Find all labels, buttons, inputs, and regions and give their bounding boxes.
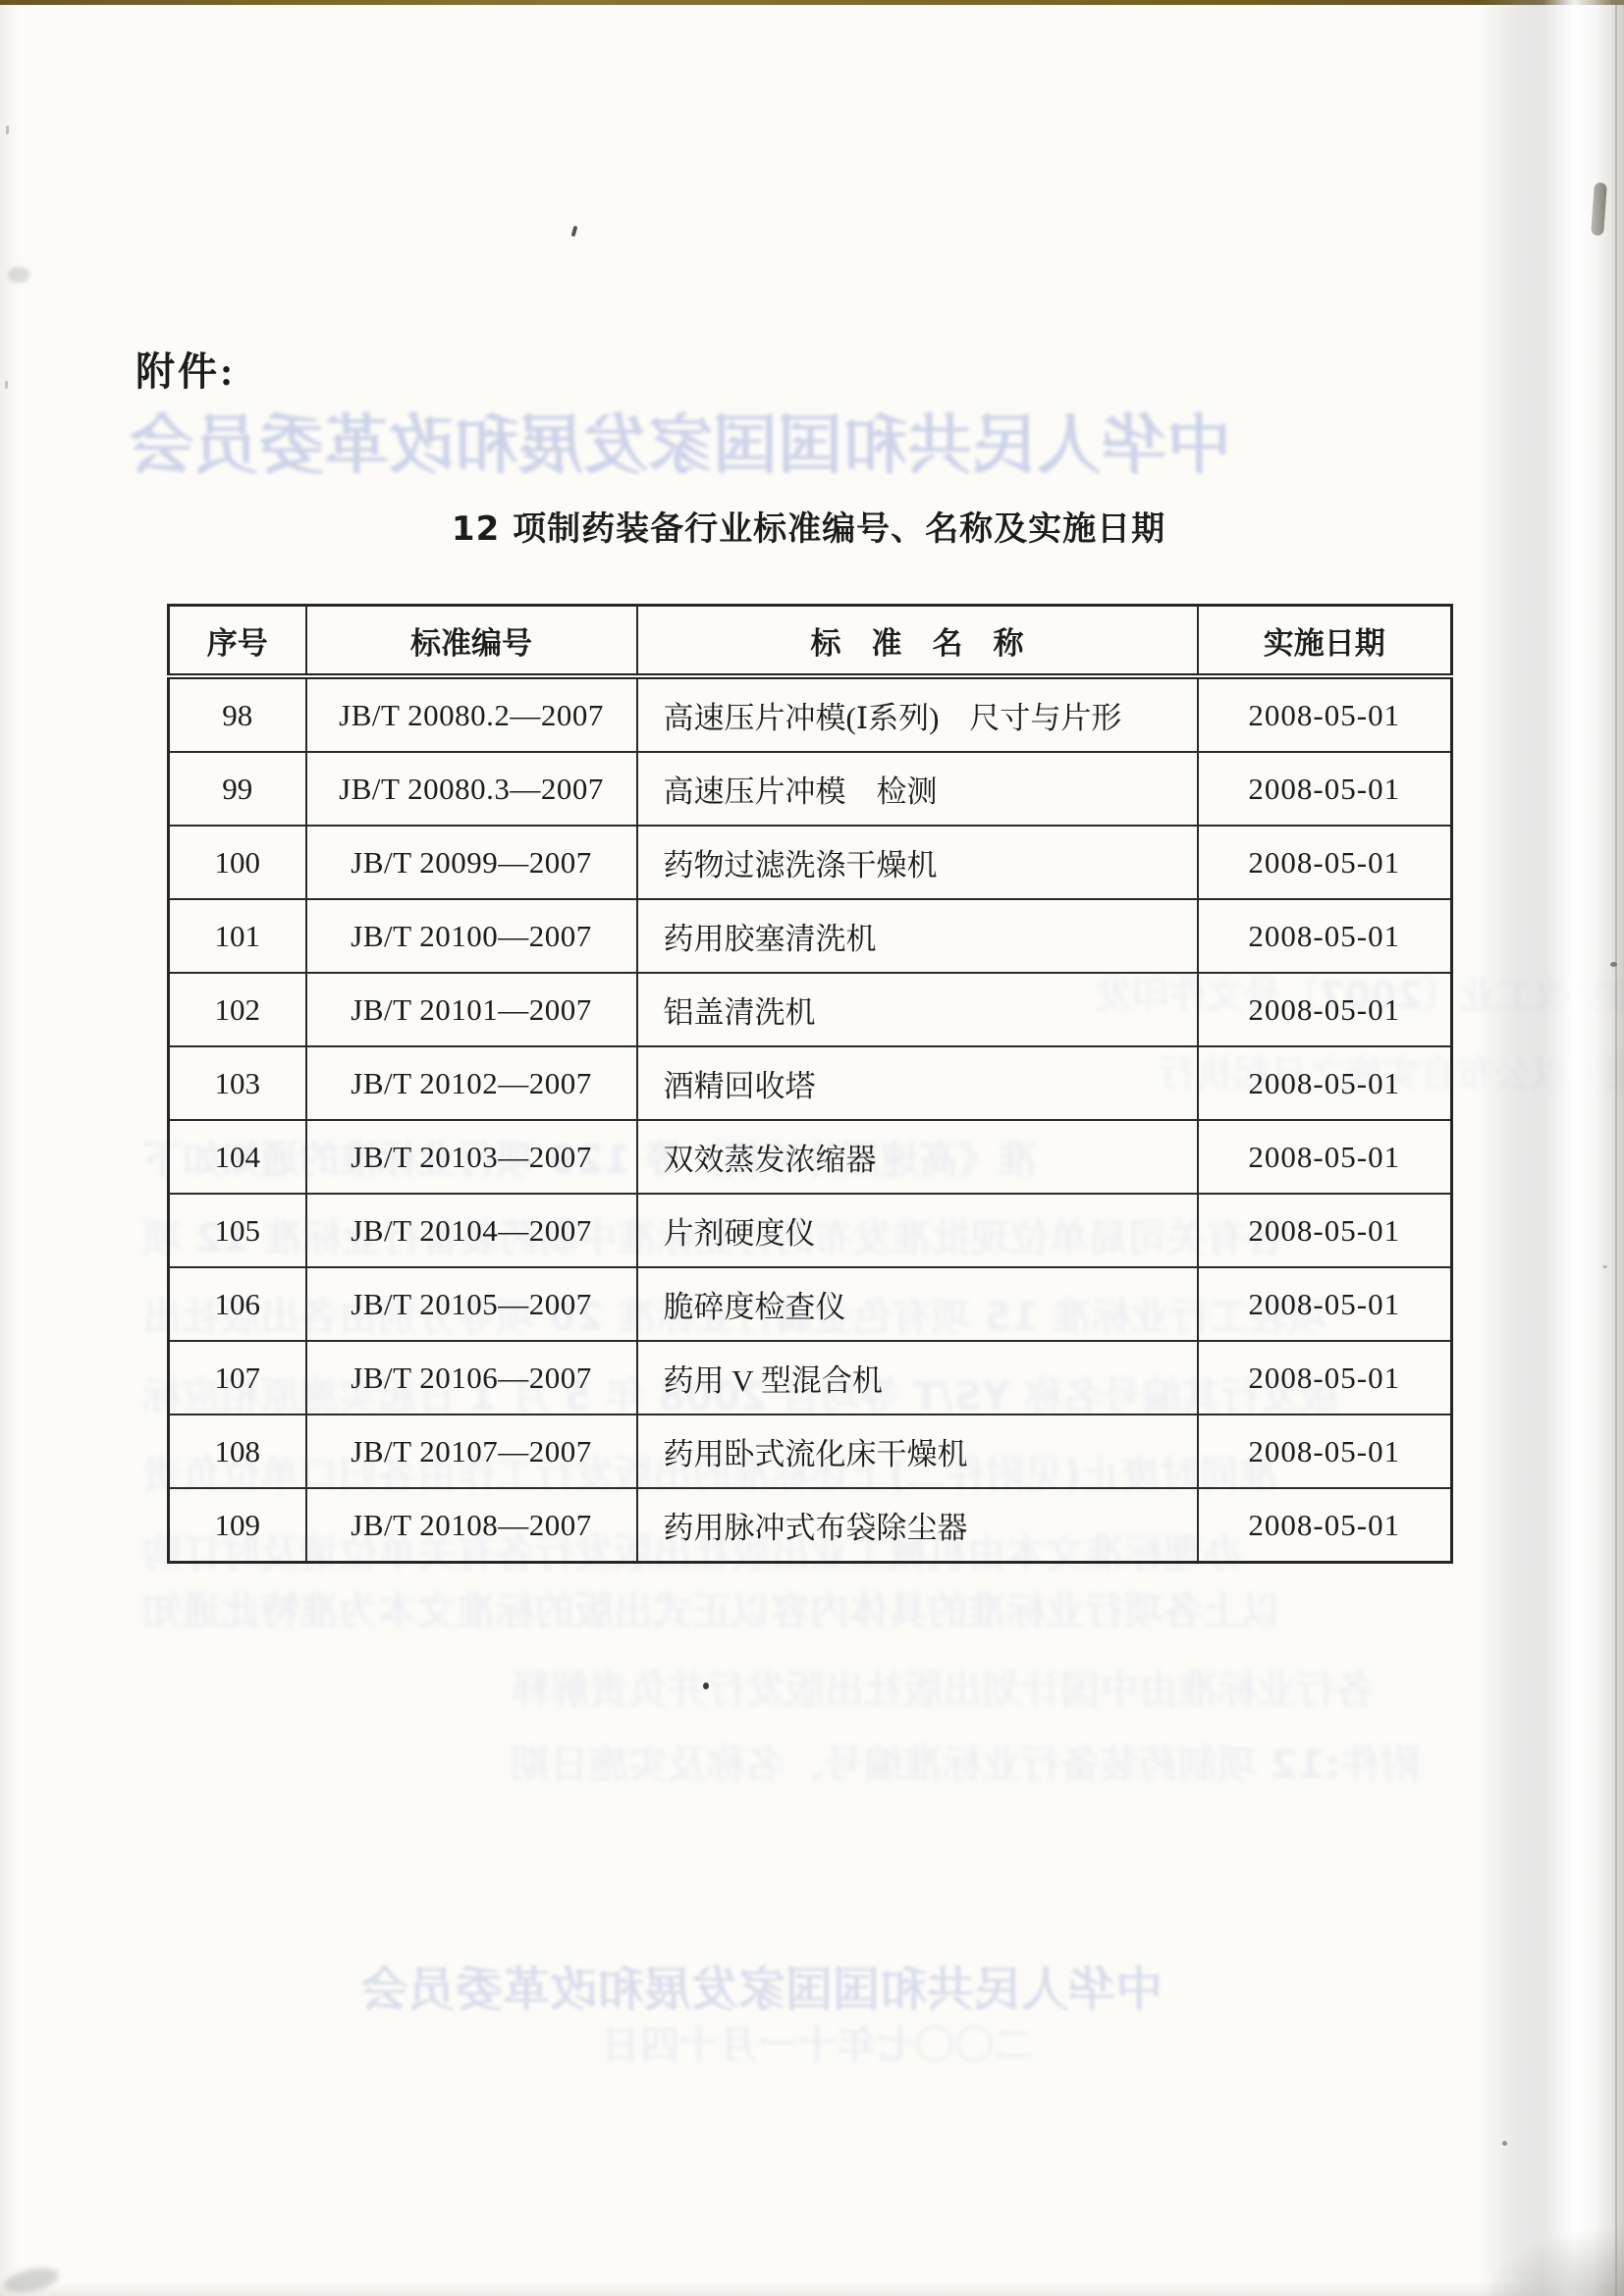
cell-code: JB/T 20108—2007: [306, 1488, 637, 1563]
scan-speck: [1502, 2141, 1507, 2146]
cell-name: 脆碎度检查仪: [637, 1267, 1198, 1341]
cell-code: JB/T 20102—2007: [306, 1046, 637, 1120]
standards-table-body: 98JB/T 20080.2—2007高速压片冲模(Ⅰ系列) 尺寸与片形2008…: [169, 676, 1452, 1563]
cell-no: 101: [169, 899, 306, 973]
scan-speck: [6, 126, 9, 134]
cell-no: 103: [169, 1046, 306, 1120]
cell-no: 102: [169, 973, 306, 1046]
cell-no: 99: [169, 752, 306, 826]
pencil-smudge: [2, 2264, 60, 2296]
bleedthrough-text-line: 各行业标准由中国计划出版社出版发行并负责解释: [511, 1659, 1375, 1715]
cell-name: 双效蒸发浓缩器: [637, 1120, 1198, 1194]
cell-date: 2008-05-01: [1198, 1120, 1452, 1194]
table-row: 105JB/T 20104—2007片剂硬度仪2008-05-01: [169, 1194, 1452, 1267]
scan-speck: [5, 381, 8, 389]
page-title: 12 项制药装备行业标准编号、名称及实施日期: [167, 502, 1450, 550]
standards-table: 序号 标准编号 标 准 名 称 实施日期 98JB/T 20080.2—2007…: [167, 604, 1453, 1564]
scan-speck: [571, 226, 578, 238]
page-curl-shading: [1477, 0, 1624, 2296]
scanned-page: 中华人民共和国国家发展和改革委员会 业标准的通知发改工业〔2007〕号文件印发备…: [0, 0, 1624, 2296]
attachment-label: 附件:: [135, 341, 236, 397]
bleedthrough-text-line: 附件:12 项制药装备行业标准编号、名称及实施日期: [511, 1734, 1420, 1789]
scan-speck: [1602, 1265, 1607, 1268]
col-header-date: 实施日期: [1198, 606, 1452, 677]
cell-no: 104: [169, 1120, 306, 1194]
corner-shadow: [1487, 2227, 1624, 2296]
cell-no: 107: [169, 1341, 306, 1415]
cell-date: 2008-05-01: [1198, 1267, 1452, 1341]
table-row: 102JB/T 20101—2007铝盖清洗机2008-05-01: [169, 973, 1452, 1046]
cell-code: JB/T 20106—2007: [306, 1341, 637, 1415]
cell-date: 2008-05-01: [1198, 1194, 1452, 1267]
cell-name: 高速压片冲模 检测: [637, 752, 1198, 826]
bleedthrough-text-line: 以上各项行业标准的具体内容以正式出版的标准文本为准特此通知: [142, 1580, 1281, 1636]
cell-date: 2008-05-01: [1198, 973, 1452, 1046]
table-header-row: 序号 标准编号 标 准 名 称 实施日期: [169, 606, 1452, 677]
table-row: 109JB/T 20108—2007药用脉冲式布袋除尘器2008-05-01: [169, 1488, 1452, 1563]
table-row: 108JB/T 20107—2007药用卧式流化床干燥机2008-05-01: [169, 1415, 1452, 1488]
cell-date: 2008-05-01: [1198, 899, 1452, 973]
table-row: 106JB/T 20105—2007脆碎度检查仪2008-05-01: [169, 1267, 1452, 1341]
cell-date: 2008-05-01: [1198, 1488, 1452, 1563]
cell-code: JB/T 20104—2007: [306, 1194, 637, 1267]
cell-date: 2008-05-01: [1198, 676, 1452, 752]
cell-code: JB/T 20103—2007: [306, 1120, 637, 1194]
cell-date: 2008-05-01: [1198, 1341, 1452, 1415]
cell-name: 药用卧式流化床干燥机: [637, 1415, 1198, 1488]
bleedthrough-masthead-bottom: 中华人民共和国国家发展和改革委员会: [361, 1951, 1163, 2019]
table-row: 98JB/T 20080.2—2007高速压片冲模(Ⅰ系列) 尺寸与片形2008…: [169, 676, 1452, 752]
table-row: 104JB/T 20103—2007双效蒸发浓缩器2008-05-01: [169, 1120, 1452, 1194]
table-row: 100JB/T 20099—2007药物过滤洗涤干燥机2008-05-01: [169, 826, 1452, 899]
table-row: 103JB/T 20102—2007酒精回收塔2008-05-01: [169, 1046, 1452, 1120]
bleedthrough-date-line: 二〇〇七年十一月十四日: [601, 2014, 1033, 2070]
scan-speck: [703, 1682, 709, 1689]
cell-no: 100: [169, 826, 306, 899]
cell-code: JB/T 20100—2007: [306, 899, 637, 973]
cell-date: 2008-05-01: [1198, 826, 1452, 899]
scan-top-edge: [0, 0, 1624, 5]
cell-no: 105: [169, 1194, 306, 1267]
cell-no: 106: [169, 1267, 306, 1341]
col-header-name: 标 准 名 称: [637, 606, 1198, 677]
col-header-no: 序号: [169, 606, 306, 677]
ink-smear-mark: [1591, 183, 1607, 237]
page-edge-line: [1615, 0, 1617, 2296]
table-row: 99JB/T 20080.3—2007高速压片冲模 检测2008-05-01: [169, 752, 1452, 826]
cell-date: 2008-05-01: [1198, 1415, 1452, 1488]
pencil-smudge: [8, 267, 29, 283]
table-row: 101JB/T 20100—2007药用胶塞清洗机2008-05-01: [169, 899, 1452, 973]
cell-name: 药用脉冲式布袋除尘器: [637, 1488, 1198, 1563]
cell-no: 109: [169, 1488, 306, 1563]
cell-name: 铝盖清洗机: [637, 973, 1198, 1046]
cell-code: JB/T 20099—2007: [306, 826, 637, 899]
cell-date: 2008-05-01: [1198, 752, 1452, 826]
cell-code: JB/T 20101—2007: [306, 973, 637, 1046]
table-row: 107JB/T 20106—2007药用 V 型混合机2008-05-01: [169, 1341, 1452, 1415]
cell-name: 药物过滤洗涤干燥机: [637, 826, 1198, 899]
cell-code: JB/T 20105—2007: [306, 1267, 637, 1341]
cell-date: 2008-05-01: [1198, 1046, 1452, 1120]
cell-code: JB/T 20080.3—2007: [306, 752, 637, 826]
col-header-code: 标准编号: [306, 606, 637, 677]
cell-name: 片剂硬度仪: [637, 1194, 1198, 1267]
cell-name: 药用 V 型混合机: [637, 1341, 1198, 1415]
cell-no: 98: [169, 676, 306, 752]
cell-name: 酒精回收塔: [637, 1046, 1198, 1120]
cell-name: 药用胶塞清洗机: [637, 899, 1198, 973]
cell-code: JB/T 20080.2—2007: [306, 676, 637, 752]
scan-speck: [1610, 962, 1617, 967]
bleedthrough-masthead-top: 中华人民共和国国家发展和改革委员会: [130, 393, 1231, 486]
cell-no: 108: [169, 1415, 306, 1488]
cell-code: JB/T 20107—2007: [306, 1415, 637, 1488]
cell-name: 高速压片冲模(Ⅰ系列) 尺寸与片形: [637, 676, 1198, 752]
